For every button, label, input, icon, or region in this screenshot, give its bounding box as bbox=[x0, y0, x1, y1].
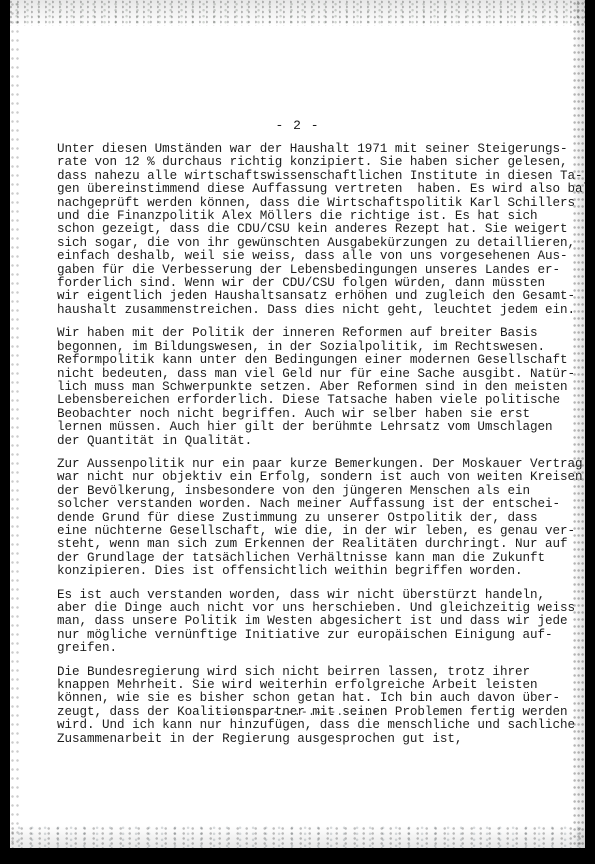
text-line: rate von 12 % durchaus richtig konzipier… bbox=[57, 156, 582, 169]
scanned-page: - 2 - Unter diesen Umständen war der Hau… bbox=[0, 0, 595, 864]
text-line: man, dass unsere Politik im Westen abges… bbox=[57, 615, 582, 628]
text-line: und die Finanzpolitik Alex Möllers die r… bbox=[57, 210, 582, 223]
text-line: Zur Aussenpolitik nur ein paar kurze Bem… bbox=[57, 458, 582, 471]
text-line: Es ist auch verstanden worden, dass wir … bbox=[57, 589, 582, 602]
paragraph-western-policy: Es ist auch verstanden worden, dass wir … bbox=[57, 589, 582, 656]
paragraph-foreign-policy: Zur Aussenpolitik nur ein paar kurze Bem… bbox=[57, 458, 582, 579]
text-line: sich sogar, die von ihr gewünschten Ausg… bbox=[57, 237, 582, 250]
text-line: Zusammenarbeit in der Regierung ausgespr… bbox=[57, 733, 582, 746]
text-line: greifen. bbox=[57, 642, 582, 655]
text-line: nur mögliche vernünftige Initiative zur … bbox=[57, 629, 582, 642]
text-line: begonnen, im Bildungswesen, in der Sozia… bbox=[57, 341, 582, 354]
text-line: lernen müssen. Auch hier gilt der berühm… bbox=[57, 421, 582, 434]
paper-sheet: - 2 - Unter diesen Umständen war der Hau… bbox=[10, 0, 585, 848]
text-line: aber die Dinge auch nicht vor uns hersch… bbox=[57, 602, 582, 615]
text-line: schon gezeigt, dass die CDU/CSU kein and… bbox=[57, 223, 582, 236]
text-line: Beobachter noch nicht begriffen. Auch wi… bbox=[57, 408, 582, 421]
document-body: Unter diesen Umständen war der Haushalt … bbox=[57, 143, 582, 756]
text-line: eine nüchterne Gesellschaft, wie die, in… bbox=[57, 525, 582, 538]
paragraph-budget: Unter diesen Umständen war der Haushalt … bbox=[57, 143, 582, 317]
text-line: dass nahezu alle wirtschaftswissenschaft… bbox=[57, 170, 582, 183]
text-line: Reformpolitik kann unter den Bedingungen… bbox=[57, 354, 582, 367]
text-line: dende Grund für diese Zustimmung zu unse… bbox=[57, 512, 582, 525]
text-line: wird. Und ich kann nur hinzufügen, dass … bbox=[57, 719, 582, 732]
text-line: steht, wenn man sich zum Erkennen der Re… bbox=[57, 538, 582, 551]
text-line: Unter diesen Umständen war der Haushalt … bbox=[57, 143, 582, 156]
text-line: Die Bundesregierung wird sich nicht beir… bbox=[57, 666, 582, 679]
text-line: nachgeprüft werden können, dass die Wirt… bbox=[57, 197, 582, 210]
text-line: gaben für die Verbesserung der Lebensbed… bbox=[57, 264, 582, 277]
text-line: nicht bedeuten, dass man viel Geld nur f… bbox=[57, 368, 582, 381]
paragraph-reforms: Wir haben mit der Politik der inneren Re… bbox=[57, 327, 582, 448]
text-line: lich muss man Schwerpunkte setzen. Aber … bbox=[57, 381, 582, 394]
text-line: wir eigentlich jeden Haushaltsansatz erh… bbox=[57, 290, 582, 303]
scan-noise-top bbox=[10, 0, 585, 26]
page-number: - 2 - bbox=[10, 118, 585, 133]
text-line: solcher verstanden worden. Nach meiner A… bbox=[57, 498, 582, 511]
text-line: haushalt zusammenstreichen. Dass dies ni… bbox=[57, 304, 582, 317]
scan-noise-bottom bbox=[10, 826, 585, 848]
text-line: einfach deshalb, weil sie weiss, dass al… bbox=[57, 250, 582, 263]
text-line: Wir haben mit der Politik der inneren Re… bbox=[57, 327, 582, 340]
text-line: knappen Mehrheit. Sie wird weiterhin erf… bbox=[57, 679, 582, 692]
text-line: der Grundlage der tatsächlichen Verhältn… bbox=[57, 552, 582, 565]
paragraph-coalition: Die Bundesregierung wird sich nicht beir… bbox=[57, 666, 582, 746]
text-line: forderlich sind. Wenn wir der CDU/CSU fo… bbox=[57, 277, 582, 290]
text-line: konzipieren. Dies ist offensichtlich wei… bbox=[57, 565, 582, 578]
text-line: können, wie sie es bisher schon getan ha… bbox=[57, 692, 582, 705]
text-line: der Quantität in Qualität. bbox=[57, 435, 582, 448]
text-line: der Bevölkerung, insbesondere von den jü… bbox=[57, 485, 582, 498]
text-line: Lebensbereichen erforderlich. Diese Tats… bbox=[57, 394, 582, 407]
text-line: war nicht nur objektiv ein Erfolg, sonde… bbox=[57, 471, 582, 484]
end-divider: -.-.-.-.-.-.-.-.-.-.-.- bbox=[10, 707, 585, 719]
text-line: gen übereinstimmend diese Auffassung ver… bbox=[57, 183, 582, 196]
